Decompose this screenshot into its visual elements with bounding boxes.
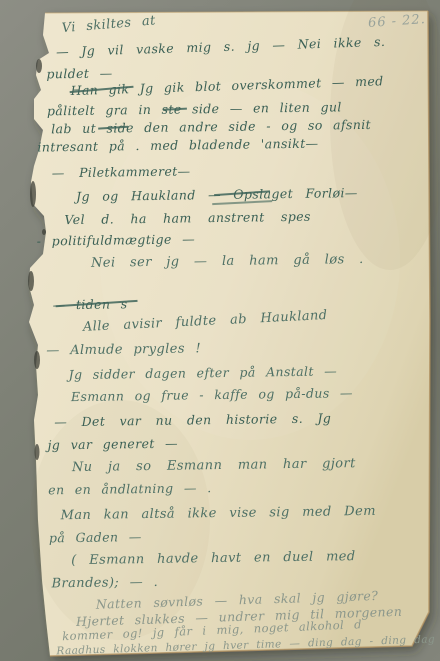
handwritten-line: Vel d. ha ham anstrent spes — [64, 211, 311, 227]
handwritten-line: Brandes); — . — [51, 576, 158, 590]
handwriting-layer: Vi skiltes at — Jg vil vaske mig s. jg —… — [0, 0, 440, 661]
handwritten-line: — Jg vil vaske mig s. jg — Nei ikke s. — [56, 36, 386, 59]
handwritten-line: Jg sidder dagen efter på Anstalt — — [69, 365, 338, 381]
manuscript-photo: 66 - 22. Vi skiltes at — Jg vil vaske mi… — [0, 0, 440, 661]
handwritten-line: på Gaden — — [49, 531, 142, 545]
handwritten-line: en en åndlatning — . — [48, 482, 212, 497]
handwritten-line: jg var generet — — [48, 438, 179, 452]
handwritten-line: Man kan altså ikke vise sig med Dem — [60, 505, 375, 522]
handwritten-line: — Almude prygles ! — [46, 342, 201, 357]
handwritten-line: Nei ser jg — la ham gå løs . — [91, 253, 364, 270]
handwritten-line: puldet — — [46, 67, 112, 80]
handwritten-line: Alle avisir fuldte ab Haukland — [83, 309, 328, 334]
handwritten-line: - politifuldmægtige — — [37, 233, 195, 248]
handwritten-line: — Piletkammeret— — [52, 165, 191, 179]
handwritten-line: Nu ja so Esmann man har gjort — [72, 457, 356, 474]
handwritten-line: Vi skiltes at — [61, 14, 156, 35]
handwritten-line: intresant på . med bladende 'ansikt— — [37, 138, 318, 154]
handwritten-line: — Det var nu den historie s. Jg — [54, 412, 331, 428]
handwritten-line: pålitelt gra in ste side — en liten gul — [47, 101, 342, 118]
handwritten-line: Esmann og frue - kaffe og på-dus — — [71, 387, 353, 403]
handwritten-line: ( Esmann havde havt en duel med — [71, 550, 356, 567]
